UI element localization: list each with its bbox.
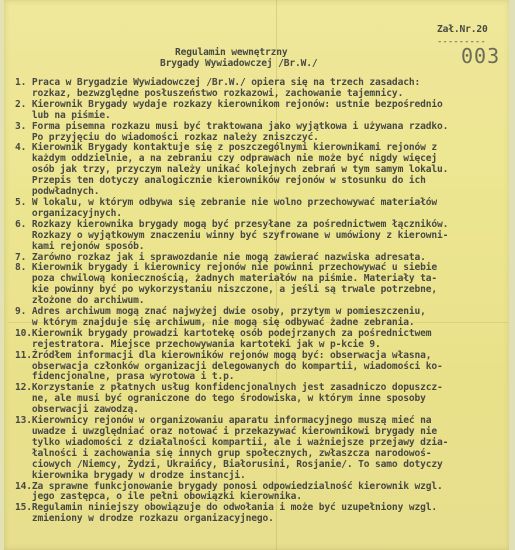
regulation-line: zmieniony w drodze rozkazu organizacyjne… (15, 514, 448, 525)
regulation-line: kami rejonów sposób. (15, 242, 448, 253)
regulation-line: 3. Forma pisemna rozkazu musi być trakto… (15, 122, 448, 133)
regulation-line: lub na piśmie. (15, 111, 448, 122)
document-subtitle: Brygady Wywiadowczej /Br.W./ (160, 59, 318, 70)
annex-number: Zał.Nr.20 (437, 25, 488, 36)
regulation-line: Rozkazy o wyjątkowym znaczeniu winny być… (15, 231, 448, 242)
regulations-body: 1. Praca w Brygadzie Wywiadowczej /Br.W.… (15, 78, 448, 525)
regulation-line: kierownika brygady w drodze instancji. (15, 471, 448, 482)
regulation-line: ciowych /Niemcy, Żydzi, Ukraińcy, Białor… (15, 460, 448, 471)
scan-border-right (509, 0, 515, 550)
page-stamp-number: 003 (461, 44, 500, 68)
regulation-line: 11.Źródłem informacji dla kierowników re… (15, 351, 448, 362)
